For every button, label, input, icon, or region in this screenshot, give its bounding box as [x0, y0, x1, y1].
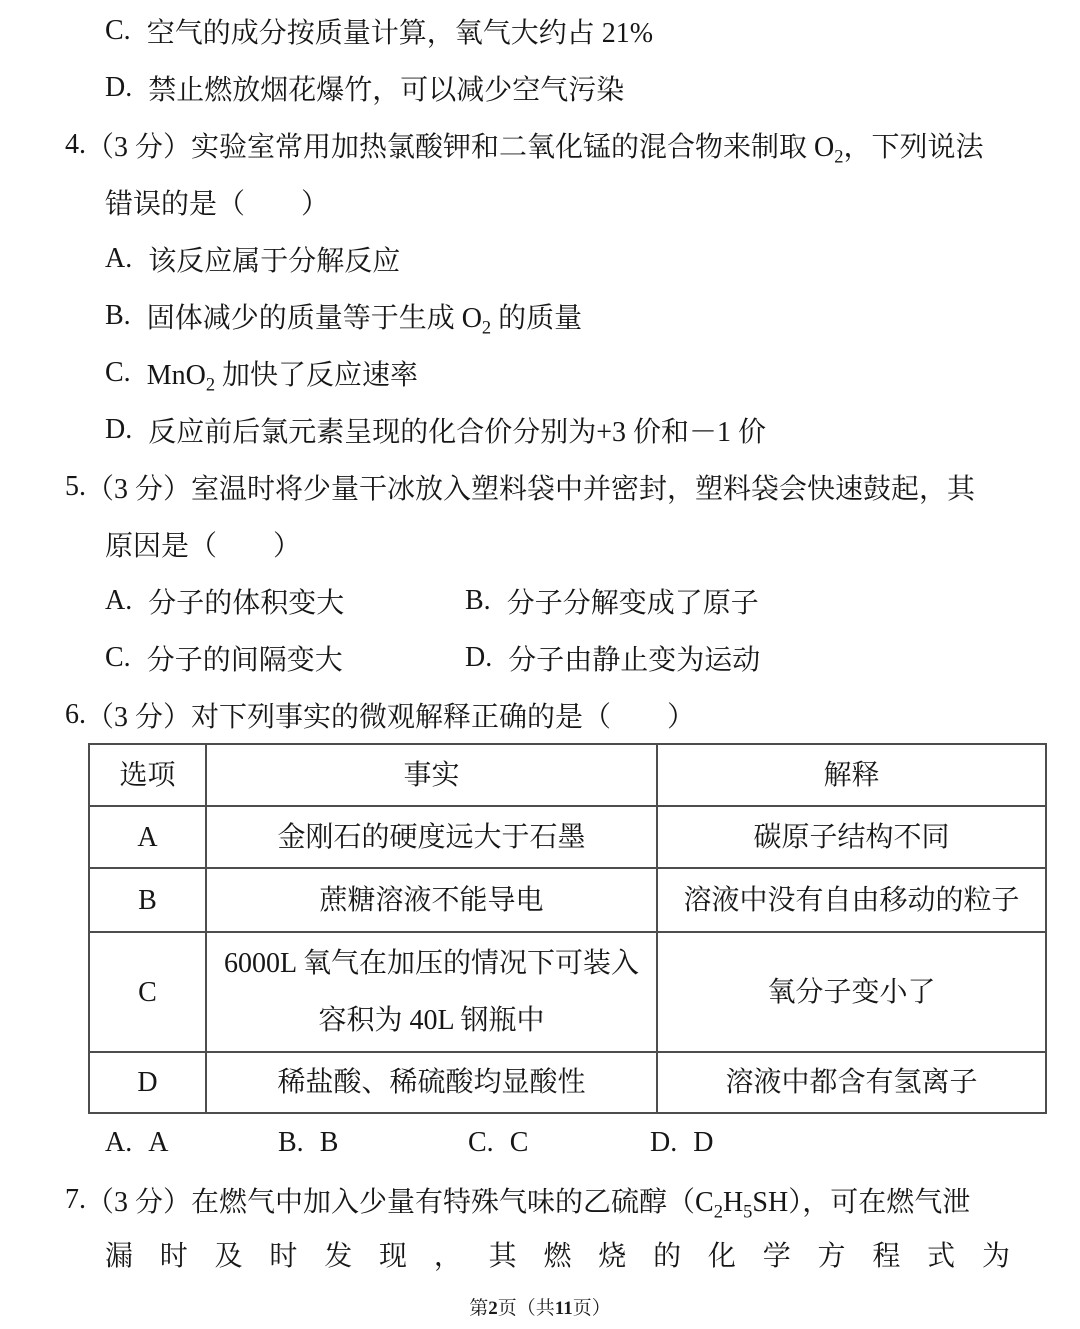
question-score: （3 分）: [86, 1180, 191, 1220]
table-cell-option: C: [89, 932, 206, 1052]
fact-line-1: 6000L 氧气在加压的情况下可装入: [207, 935, 656, 992]
question-stem-text: 室温时将少量干冰放入塑料袋中并密封，塑料袋会快速鼓起，其: [191, 467, 975, 507]
question-score: （3 分）: [86, 695, 191, 735]
question-4-stem-line1: 4. （3 分） 实验室常用加热氯酸钾和二氧化锰的混合物来制取 O2，下列说法: [0, 116, 1080, 173]
question-score: （3 分）: [86, 467, 191, 507]
table-header-row: 选项 事实 解释: [89, 744, 1046, 806]
question-4-option-a: A. 该反应属于分解反应: [0, 230, 1080, 287]
table-row-b: B 蔗糖溶液不能导电 溶液中没有自由移动的粒子: [89, 868, 1046, 932]
question-5-option-d: D. 分子由静止变为运动: [465, 638, 760, 678]
table-cell-option: D: [89, 1052, 206, 1113]
question-4-option-d: D. 反应前后氯元素呈现的化合价分别为+3 价和－1 价: [0, 401, 1080, 458]
question-4-stem-line2: 错误的是（ ）: [0, 173, 1080, 230]
option-text: 分子的间隔变大: [147, 638, 343, 678]
table-row-c: C 6000L 氧气在加压的情况下可装入 容积为 40L 钢瓶中 氧分子变小了: [89, 932, 1046, 1052]
question-7-stem-line1: 7. （3 分） 在燃气中加入少量有特殊气味的乙硫醇（C2H5SH），可在燃气泄: [0, 1171, 1080, 1228]
option-label: A.: [105, 585, 132, 617]
question-score: （3 分）: [86, 125, 191, 165]
option-label: D.: [105, 414, 132, 446]
option-label: D.: [105, 72, 132, 104]
table-cell-explanation: 溶液中没有自由移动的粒子: [657, 868, 1046, 932]
question-4-option-b: B. 固体减少的质量等于生成 O2 的质量: [0, 287, 1080, 344]
option-label: D.: [465, 642, 492, 674]
question-6-answer-d: D. D: [650, 1127, 713, 1159]
table-cell-explanation: 氧分子变小了: [657, 932, 1046, 1052]
question-4-option-c: C. MnO2 加快了反应速率: [0, 344, 1080, 401]
option-label: D.: [650, 1127, 677, 1159]
option-label: C.: [105, 15, 131, 47]
question-5-stem-line2: 原因是（ ）: [0, 515, 1080, 572]
question-number: 7.: [65, 1184, 86, 1216]
table-cell-fact: 6000L 氧气在加压的情况下可装入 容积为 40L 钢瓶中: [206, 932, 657, 1052]
option-label: A.: [105, 243, 132, 275]
option-text: 反应前后氯元素呈现的化合价分别为+3 价和－1 价: [148, 410, 766, 450]
option-text: 该反应属于分解反应: [148, 239, 400, 279]
question-5-stem-line1: 5. （3 分） 室温时将少量干冰放入塑料袋中并密封，塑料袋会快速鼓起，其: [0, 458, 1080, 515]
question-6-answer-c: C. C: [468, 1127, 650, 1159]
question-number: 6.: [65, 699, 86, 731]
question-5-options-row2: C. 分子的间隔变大 D. 分子由静止变为运动: [0, 629, 1080, 686]
question-number: 5.: [65, 471, 86, 503]
option-text: 分子的体积变大: [148, 581, 344, 621]
question-stem-text: 实验室常用加热氯酸钾和二氧化锰的混合物来制取 O2，下列说法: [191, 125, 983, 165]
option-text: MnO2 加快了反应速率: [147, 353, 418, 393]
option-label: C.: [105, 642, 131, 674]
question-stem-text: 错误的是（ ）: [105, 182, 329, 222]
footer-suffix: 页）: [573, 1298, 611, 1319]
table-cell-fact: 蔗糖溶液不能导电: [206, 868, 657, 932]
page-number: 2: [488, 1298, 498, 1319]
question-3-option-c: C. 空气的成分按质量计算，氧气大约占 21%: [0, 2, 1080, 59]
option-label: A.: [105, 1127, 132, 1159]
table-row-d: D 稀盐酸、稀硫酸均显酸性 溶液中都含有氢离子: [89, 1052, 1046, 1113]
option-text: B: [320, 1127, 339, 1159]
option-label: B.: [465, 585, 491, 617]
question-5-option-c: C. 分子的间隔变大: [105, 638, 465, 678]
fact-line-2: 容积为 40L 钢瓶中: [207, 992, 656, 1049]
question-6-answer-row: A. A B. B C. C D. D: [0, 1114, 1080, 1171]
question-3-option-d: D. 禁止燃放烟花爆竹，可以减少空气污染: [0, 59, 1080, 116]
question-stem-text: 在燃气中加入少量有特殊气味的乙硫醇（C2H5SH），可在燃气泄: [191, 1180, 970, 1220]
question-6-answer-b: B. B: [278, 1127, 468, 1159]
footer-prefix: 第: [469, 1298, 488, 1319]
option-text: 禁止燃放烟花爆竹，可以减少空气污染: [148, 68, 624, 108]
option-text: D: [693, 1127, 713, 1159]
table-cell-explanation: 溶液中都含有氢离子: [657, 1052, 1046, 1113]
table-row-a: A 金刚石的硬度远大于石墨 碳原子结构不同: [89, 806, 1046, 868]
option-text: 分子分解变成了原子: [507, 581, 759, 621]
question-number: 4.: [65, 129, 86, 161]
page-footer: 第2页（共11页）: [0, 1293, 1080, 1320]
total-pages: 11: [555, 1298, 573, 1319]
question-6-answer-a: A. A: [105, 1127, 278, 1159]
option-text: A: [148, 1127, 168, 1159]
question-5-option-a: A. 分子的体积变大: [105, 581, 465, 621]
question-stem-text: 对下列事实的微观解释正确的是（ ）: [191, 695, 695, 735]
footer-mid: 页（共: [498, 1298, 555, 1319]
table-header-explanation: 解释: [657, 744, 1046, 806]
table-cell-fact: 稀盐酸、稀硫酸均显酸性: [206, 1052, 657, 1113]
option-text: C: [510, 1127, 529, 1159]
option-label: B.: [105, 300, 131, 332]
table-cell-option: B: [89, 868, 206, 932]
question-7-stem-line2: 漏时及时发现，其燃烧的化学方程式为: [105, 1228, 1010, 1285]
question-stem-text: 原因是（ ）: [105, 524, 301, 564]
question-6-stem: 6. （3 分） 对下列事实的微观解释正确的是（ ）: [0, 686, 1080, 743]
option-label: C.: [468, 1127, 494, 1159]
option-label: C.: [105, 357, 131, 389]
option-text: 固体减少的质量等于生成 O2 的质量: [147, 296, 582, 336]
option-label: B.: [278, 1127, 304, 1159]
table-cell-fact: 金刚石的硬度远大于石墨: [206, 806, 657, 868]
option-text: 分子由静止变为运动: [508, 638, 760, 678]
table-cell-explanation: 碳原子结构不同: [657, 806, 1046, 868]
question-5-options-row1: A. 分子的体积变大 B. 分子分解变成了原子: [0, 572, 1080, 629]
table-header-fact: 事实: [206, 744, 657, 806]
table-header-option: 选项: [89, 744, 206, 806]
exam-page: C. 空气的成分按质量计算，氧气大约占 21% D. 禁止燃放烟花爆竹，可以减少…: [0, 0, 1080, 1320]
option-text: 空气的成分按质量计算，氧气大约占 21%: [147, 11, 653, 51]
table-cell-option: A: [89, 806, 206, 868]
question-5-option-b: B. 分子分解变成了原子: [465, 581, 759, 621]
fact-explanation-table: 选项 事实 解释 A 金刚石的硬度远大于石墨 碳原子结构不同 B 蔗糖溶液不能导…: [88, 743, 1047, 1114]
